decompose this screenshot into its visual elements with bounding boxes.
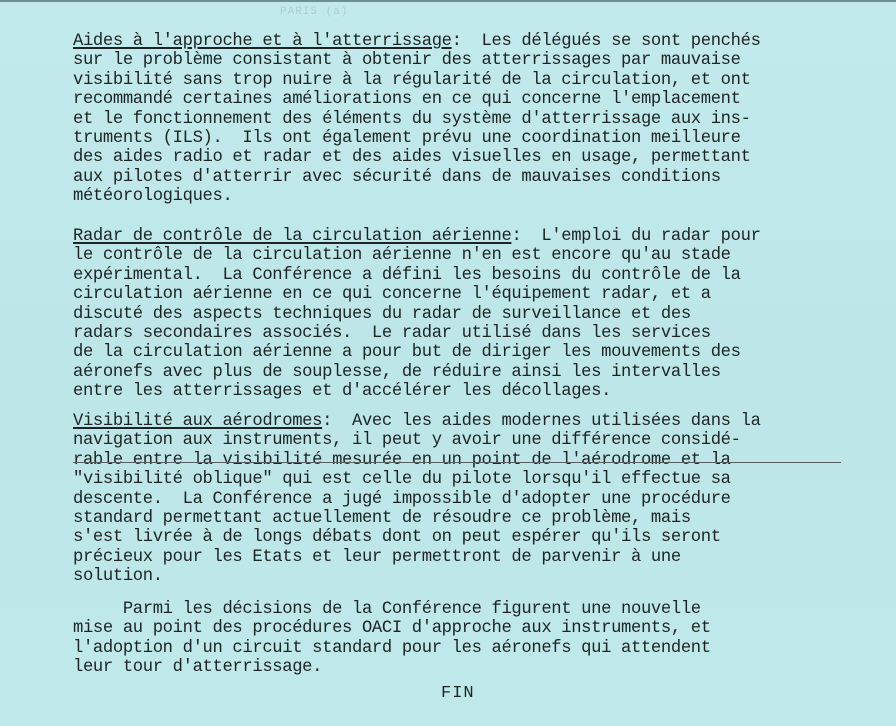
section-heading-line: Visibilité aux aérodromes: Avec les aide…: [73, 412, 761, 431]
end-mark: FIN: [441, 684, 475, 703]
text-line: "visibilité oblique" qui est celle du pi…: [73, 470, 731, 489]
text-line: aéronefs avec plus de souplesse, de rédu…: [73, 363, 721, 382]
paragraph-text: : Avec les aides modernes utilisées dans…: [322, 412, 760, 431]
text-line: Parmi les décisions de la Conférence fig…: [73, 600, 701, 619]
text-line: des aides radio et radar et des aides vi…: [73, 148, 751, 167]
document-page: PARIS (a) Aides à l'approche et à l'atte…: [0, 0, 896, 726]
text-line: visibilité sans trop nuire à la régulari…: [73, 71, 751, 90]
paragraph-text: : Les délégués se sont penchés: [452, 32, 761, 51]
text-line: de la circulation aérienne a pour but de…: [73, 343, 741, 362]
text-line: l'adoption d'un circuit standard pour le…: [73, 639, 711, 658]
text-line: précieux pour les Etats et leur permettr…: [73, 548, 681, 567]
text-line: aux pilotes d'atterrir avec sécurité dan…: [73, 168, 721, 187]
section-heading: Aides à l'approche et à l'atterrissage: [73, 32, 452, 51]
section-heading: Visibilité aux aérodromes: [73, 412, 322, 431]
text-line: météorologiques.: [73, 187, 232, 206]
paragraph-text: : L'emploi du radar pour: [511, 227, 760, 246]
text-line: leur tour d'atterrissage.: [73, 658, 322, 677]
text-line: truments (ILS). Ils ont également prévu …: [73, 129, 741, 148]
section-heading: Radar de contrôle de la circulation aéri…: [73, 227, 511, 246]
underline-rule: [73, 462, 841, 463]
text-line: expérimental. La Conférence a défini les…: [73, 266, 741, 285]
text-line: mise au point des procédures OACI d'appr…: [73, 619, 711, 638]
text-line: radars secondaires associés. Le radar ut…: [73, 324, 711, 343]
text-line: navigation aux instruments, il peut y av…: [73, 431, 741, 450]
text-line: le contrôle de la circulation aérienne n…: [73, 246, 731, 265]
text-line: discuté des aspects techniques du radar …: [73, 305, 691, 324]
text-line: s'est livrée à de longs débats dont on p…: [73, 528, 721, 547]
section-heading-line: Radar de contrôle de la circulation aéri…: [73, 227, 761, 246]
text-line: sur le problème consistant à obtenir des…: [73, 51, 741, 70]
text-line: recommandé certaines améliorations en ce…: [73, 90, 741, 109]
text-line: circulation aérienne en ce qui concerne …: [73, 285, 711, 304]
text-line: entre les atterrissages et d'accélérer l…: [73, 382, 611, 401]
text-line: standard permettant actuellement de réso…: [73, 509, 691, 528]
text-line: rable entre la visibilité mesurée en un …: [73, 451, 731, 470]
ghost-header: PARIS (a): [280, 6, 348, 18]
text-line: descente. La Conférence a jugé impossibl…: [73, 490, 731, 509]
text-line: solution.: [73, 567, 163, 586]
section-heading-line: Aides à l'approche et à l'atterrissage: …: [73, 32, 761, 51]
text-line: et le fonctionnement des éléments du sys…: [73, 110, 751, 129]
